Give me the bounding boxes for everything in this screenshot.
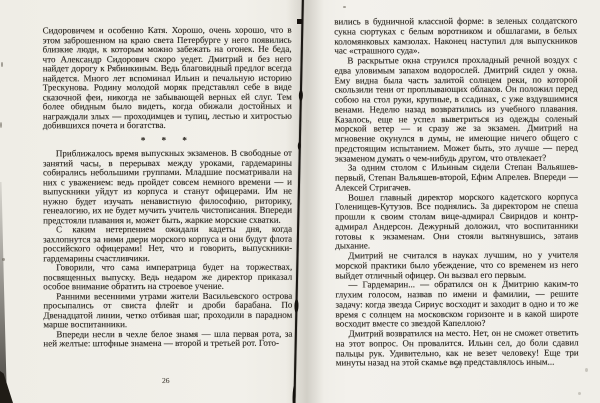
scan-edge-shadow bbox=[0, 182, 7, 403]
paragraph: С каким нетерпением ожидали кадеты дня, … bbox=[43, 225, 292, 264]
paragraph: Приближалось время выпускных экзаменов. … bbox=[43, 149, 292, 226]
right-page: вились в будничной классной форме: в зел… bbox=[334, 16, 579, 368]
book-scan: Сидоровичем и особенно Катя. Хорошо, оче… bbox=[0, 0, 600, 403]
scan-speck bbox=[585, 368, 588, 372]
paragraph: Сидоровичем и особенно Катя. Хорошо, оче… bbox=[43, 26, 292, 131]
scan-speck bbox=[1, 62, 3, 67]
scan-artifact-square bbox=[297, 19, 302, 24]
page-number-left: 26 bbox=[162, 376, 170, 385]
left-page: Сидоровичем и особенно Катя. Хорошо, оче… bbox=[43, 26, 293, 349]
paragraph: Ранними весенними утрами жители Васильев… bbox=[43, 291, 292, 330]
paragraph: В раскрытые окна струился прохладный реч… bbox=[334, 55, 577, 163]
scan-speck bbox=[0, 122, 2, 128]
scan-speck bbox=[2, 258, 5, 261]
section-separator: * * * bbox=[43, 135, 292, 145]
ink-blob bbox=[292, 386, 295, 403]
scan-speck bbox=[572, 353, 576, 356]
paragraph: вились в будничной классной форме: в зел… bbox=[334, 16, 577, 56]
paragraph: Говорили, что сама императрица будет на … bbox=[43, 263, 292, 292]
paragraph: Вошел главный директор морского кадетско… bbox=[335, 192, 578, 252]
scan-speck bbox=[343, 6, 346, 8]
scan-corner-shadow bbox=[0, 371, 13, 403]
paragraph: За одним столом с Ильиным сидели Степан … bbox=[335, 163, 578, 193]
paragraph: Дмитрий не считался в науках лучшим, но … bbox=[335, 250, 578, 280]
ink-blob bbox=[298, 142, 301, 150]
paragraph: — Гардемарин... — обратился он к Дмитрию… bbox=[335, 280, 578, 330]
scan-speck bbox=[578, 392, 581, 395]
paragraph: Впереди несли в чехле белое знамя — шла … bbox=[43, 329, 292, 349]
page-number-right: 27 bbox=[455, 361, 463, 370]
